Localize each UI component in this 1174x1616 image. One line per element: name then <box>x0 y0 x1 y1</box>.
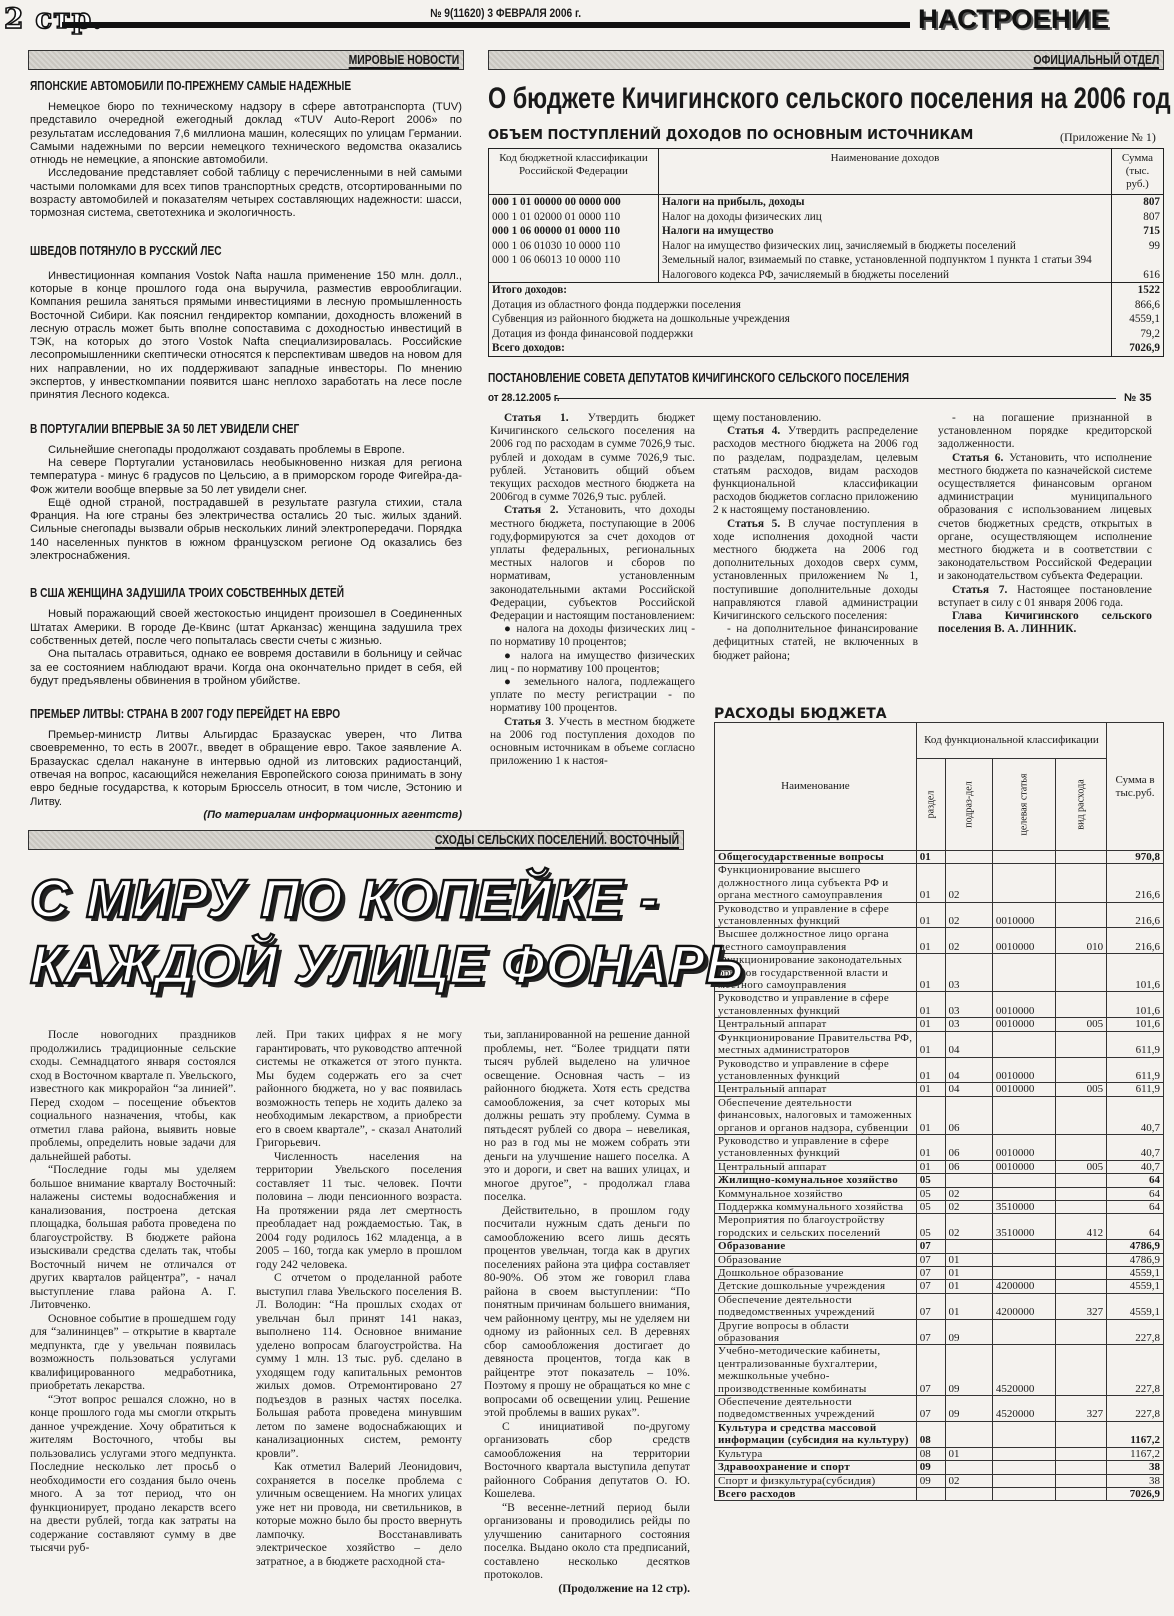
table-row: Дошкольное образование07014559,1 <box>715 1267 1164 1280</box>
name-cell: Функционирование высшего должностного ли… <box>715 864 917 902</box>
article-text: - на погашение признанной в установленно… <box>938 412 1152 452</box>
article-paragraph: Премьер-министр Литвы Альгирдас Бразауск… <box>30 729 462 809</box>
celevaya-cell <box>992 1447 1055 1460</box>
sum-cell: 38 <box>1107 1461 1164 1474</box>
name-cell: Жилищно-комунальное хозяйство <box>715 1174 917 1187</box>
razdel-cell: 05 <box>916 1187 945 1200</box>
celevaya-cell: 3510000 <box>992 1200 1055 1213</box>
razdel-cell: 01 <box>916 928 945 954</box>
article-headline: ШВЕДОВ ПОТЯНУЛО В РУССКИЙ ЛЕС <box>30 243 367 258</box>
article-headline: ПРЕМЬЕР ЛИТВЫ: СТРАНА В 2007 ГОДУ ПЕРЕЙД… <box>30 706 367 721</box>
table-row: Спорт и физкультура(субсидия)090238 <box>715 1474 1164 1487</box>
razdel-cell: 01 <box>916 954 945 992</box>
total-sum: 1522 <box>1112 283 1164 298</box>
celevaya-cell: 3510000 <box>992 1214 1055 1240</box>
table-row: Руководство и управление в сфере установ… <box>715 902 1164 928</box>
vid-cell <box>1055 1253 1106 1266</box>
vid-cell <box>1055 1447 1106 1460</box>
sum-cell: 64 <box>1107 1174 1164 1187</box>
sum-cell: 38 <box>1107 1474 1164 1487</box>
sum-cell: 807 <box>1112 210 1164 225</box>
section-band-official: ОФИЦИАЛЬНЫЙ ОТДЕЛ <box>488 50 1164 70</box>
name-cell: Руководство и управление в сфере установ… <box>715 1057 917 1083</box>
razdel-cell: 07 <box>916 1240 945 1253</box>
celevaya-cell: 4520000 <box>992 1396 1055 1422</box>
name-cell: Руководство и управление в сфере установ… <box>715 992 917 1018</box>
podrazdel-cell: 06 <box>945 1096 992 1134</box>
table-row: Всего расходов7026,9 <box>715 1487 1164 1500</box>
celevaya-cell: 4200000 <box>992 1293 1055 1319</box>
sum-cell: 4559,1 <box>1107 1293 1164 1319</box>
feature-paragraph: Численность населения на территории Увел… <box>256 1150 462 1272</box>
feature-paragraph: лей. При таких цифрах я не могу гарантир… <box>256 1028 462 1150</box>
celevaya-cell: 0010000 <box>992 1160 1055 1173</box>
name-cell: Функционирование Правительства РФ, местн… <box>715 1031 917 1057</box>
razdel-cell: 01 <box>916 851 945 864</box>
celevaya-cell: 0010000 <box>992 928 1055 954</box>
table-row: 000 1 06 06013 10 0000 110Земельный нало… <box>489 253 1164 283</box>
vid-cell: 005 <box>1055 1083 1106 1096</box>
celevaya-cell: 0010000 <box>992 1134 1055 1160</box>
article-text: В случае поступления в ходе исполнения д… <box>713 518 918 622</box>
article-label: Статья 7. <box>952 584 1007 596</box>
total-row: Субвенция из районного бюджета на дошкол… <box>489 312 1164 327</box>
page-number: 2 стр. <box>4 2 103 35</box>
celevaya-cell <box>992 1487 1055 1500</box>
razdel-cell: 01 <box>916 992 945 1018</box>
table-row: Руководство и управление в сфере установ… <box>715 1134 1164 1160</box>
code-cell: 000 1 06 01030 10 0000 110 <box>489 239 659 254</box>
column-header: Сумма в тыс.руб. <box>1107 723 1164 851</box>
news-source: (По материалам информационных агентств) <box>30 809 462 821</box>
code-cell: 000 1 01 02000 01 0000 110 <box>489 210 659 225</box>
vid-cell <box>1055 1057 1106 1083</box>
name-cell: Общегосударственные вопросы <box>715 851 917 864</box>
podrazdel-cell: 03 <box>945 992 992 1018</box>
feature-paragraph: Как отметил Валерий Леонидович, сохраняе… <box>256 1460 462 1568</box>
signature: Глава Кичигинского сельского поселения В… <box>938 610 1152 636</box>
feature-paragraph: “Последние годы мы уделяем большое внима… <box>30 1163 236 1312</box>
celevaya-cell: 0010000 <box>992 992 1055 1018</box>
name-cell: Образование <box>715 1253 917 1266</box>
name-cell: Коммунальное хозяйство <box>715 1187 917 1200</box>
vid-cell <box>1055 1240 1106 1253</box>
table-row: Высшее должностное лицо органа местного … <box>715 928 1164 954</box>
column-header: Код функциональной классификации <box>916 723 1106 759</box>
feature-column-2: лей. При таких цифрах я не могу гарантир… <box>256 1028 462 1568</box>
article-headline: ЯПОНСКИЕ АВТОМОБИЛИ ПО-ПРЕЖНЕМУ САМЫЕ НА… <box>30 78 367 93</box>
razdel-cell: 08 <box>916 1421 945 1447</box>
article-headline: В США ЖЕНЩИНА ЗАДУШИЛА ТРОИХ СОБСТВЕННЫХ… <box>30 585 367 600</box>
sum-cell: 611,9 <box>1107 1031 1164 1057</box>
razdel-cell: 05 <box>916 1174 945 1187</box>
article-text: Утвердить распределение расходов местног… <box>713 425 918 516</box>
celevaya-cell <box>992 1240 1055 1253</box>
appendix-label: (Приложение № 1) <box>1060 130 1156 145</box>
bullet-item: ● налога на доходы физических лиц - по н… <box>490 623 695 649</box>
column-header: Код бюджетной классификации Российской Ф… <box>489 149 659 195</box>
article-text: Установить, что исполнение местного бюдж… <box>938 452 1152 583</box>
section-band-feature: СХОДЫ СЕЛЬСКИХ ПОСЕЛЕНИЙ. ВОСТОЧНЫЙ <box>28 830 684 850</box>
resolution-date: от 28.12.2005 г. <box>488 392 560 404</box>
razdel-cell: 07 <box>916 1280 945 1293</box>
sum-cell: 611,9 <box>1107 1057 1164 1083</box>
table-row: Жилищно-комунальное хозяйство0564 <box>715 1174 1164 1187</box>
vid-cell <box>1055 1345 1106 1396</box>
name-cell: Культура <box>715 1447 917 1460</box>
sum-cell: 7026,9 <box>1107 1487 1164 1500</box>
article-label: Статья 1. <box>504 412 569 424</box>
vid-cell: 010 <box>1055 928 1106 954</box>
celevaya-cell <box>992 864 1055 902</box>
sum-cell: 216,6 <box>1107 902 1164 928</box>
name-cell: Здравоохранение и спорт <box>715 1461 917 1474</box>
article-label: Статья 5. <box>727 518 780 530</box>
name-cell: Мероприятия по благоустройству городских… <box>715 1214 917 1240</box>
name-cell: Налоги на имущество <box>659 224 1112 239</box>
feature-paragraph: С инициативой по-другому организовать сб… <box>484 1420 690 1501</box>
expenses-table: Наименование Код функциональной классифи… <box>714 722 1164 1501</box>
podrazdel-cell: 04 <box>945 1031 992 1057</box>
razdel-cell: 01 <box>916 1083 945 1096</box>
table-row: 000 1 01 02000 01 0000 110Налог на доход… <box>489 210 1164 225</box>
column-header: раздел <box>916 759 945 851</box>
razdel-cell: 07 <box>916 1319 945 1345</box>
sum-cell: 4786,9 <box>1107 1240 1164 1253</box>
column-header: целевая статья <box>992 759 1055 851</box>
total-label: Субвенция из районного бюджета на дошкол… <box>489 312 1112 327</box>
continued-note: (Продолжение на 12 стр). <box>484 1582 690 1596</box>
razdel-cell: 05 <box>916 1214 945 1240</box>
article-label: Статья 6. <box>952 452 1003 464</box>
resolution-column-1: Статья 1. Утвердить бюджет Кичигинского … <box>490 412 695 768</box>
razdel-cell: 01 <box>916 864 945 902</box>
celevaya-cell <box>992 1096 1055 1134</box>
vid-cell <box>1055 1280 1106 1293</box>
table-row: Поддержка коммунального хозяйства0502351… <box>715 1200 1164 1213</box>
newspaper-masthead: НАСТРОЕНИЕ <box>918 4 1109 35</box>
podrazdel-cell: 01 <box>945 1447 992 1460</box>
expenses-heading: РАСХОДЫ БЮДЖЕТА <box>714 706 887 722</box>
table-row: Функционирование высшего должностного ли… <box>715 864 1164 902</box>
article-paragraph: Ещё одной страной, пострадавшей в резуль… <box>30 497 462 563</box>
bullet-item: ● налога на имущество физических лиц - п… <box>490 650 695 676</box>
podrazdel-cell: 02 <box>945 1200 992 1213</box>
razdel-cell: 07 <box>916 1345 945 1396</box>
podrazdel-cell: 06 <box>945 1160 992 1173</box>
table-row: Функционирование Правительства РФ, местн… <box>715 1031 1164 1057</box>
celevaya-cell <box>992 1474 1055 1487</box>
celevaya-cell <box>992 1267 1055 1280</box>
article-text: Утвердить бюджет Кичигинского сельского … <box>490 412 695 503</box>
article-text: Установить, что доходы местного бюджета,… <box>490 504 695 622</box>
code-cell: 000 1 01 00000 00 0000 000 <box>489 195 659 210</box>
article-text: - на дополнительное финансирование дефиц… <box>713 623 918 663</box>
article-label: Статья 3 <box>504 716 551 728</box>
sum-cell: 807 <box>1112 195 1164 210</box>
name-cell: Налоги на прибыль, доходы <box>659 195 1112 210</box>
razdel-cell: 07 <box>916 1396 945 1422</box>
sum-cell: 227,8 <box>1107 1345 1164 1396</box>
article-headline: В ПОРТУГАЛИИ ВПЕРВЫЕ ЗА 50 ЛЕТ УВИДЕЛИ С… <box>30 421 367 436</box>
sum-cell: 101,6 <box>1107 992 1164 1018</box>
code-cell: 000 1 06 06013 10 0000 110 <box>489 253 659 283</box>
vid-cell <box>1055 1031 1106 1057</box>
table-row: Культура08011167,2 <box>715 1447 1164 1460</box>
table-row: 000 1 06 01030 10 0000 110Налог на имуще… <box>489 239 1164 254</box>
sum-cell: 216,6 <box>1107 928 1164 954</box>
section-label: ОФИЦИАЛЬНЫЙ ОТДЕЛ <box>1033 53 1159 69</box>
celevaya-cell: 0010000 <box>992 1057 1055 1083</box>
table-row: Образование07014786,9 <box>715 1253 1164 1266</box>
razdel-cell: 01 <box>916 1031 945 1057</box>
name-cell: Обеспечение деятельности подведомственны… <box>715 1396 917 1422</box>
podrazdel-cell: 02 <box>945 1214 992 1240</box>
total-label: Дотация из областного фонда поддержки по… <box>489 298 1112 313</box>
total-row: Итого доходов:1522 <box>489 283 1164 298</box>
table-row: Обеспечение деятельности финансовых, нал… <box>715 1096 1164 1134</box>
sum-cell: 99 <box>1112 239 1164 254</box>
table-row: Общегосударственные вопросы01970,8 <box>715 851 1164 864</box>
name-cell: Центральный аппарат <box>715 1160 917 1173</box>
feature-headline-line: С МИРУ ПО КОПЕЙКЕ - <box>30 866 745 932</box>
feature-column-1: После новогодних праздников продолжились… <box>30 1028 236 1555</box>
column-header: вид расхода <box>1055 759 1106 851</box>
vid-cell <box>1055 992 1106 1018</box>
celevaya-cell <box>992 1319 1055 1345</box>
table-row: Коммунальное хозяйство050264 <box>715 1187 1164 1200</box>
name-cell: Руководство и управление в сфере установ… <box>715 1134 917 1160</box>
table-row: Культура и средства массовой информации … <box>715 1421 1164 1447</box>
razdel-cell: 01 <box>916 1018 945 1031</box>
article-paragraph: Инвестиционная компания Vostok Nafta наш… <box>30 270 462 403</box>
column-header: Наименование <box>715 723 917 851</box>
table-row: Функционирование законодательных органов… <box>715 954 1164 992</box>
table-row: Руководство и управление в сфере установ… <box>715 992 1164 1018</box>
vid-cell <box>1055 851 1106 864</box>
name-cell: Спорт и физкультура(субсидия) <box>715 1474 917 1487</box>
feature-paragraph: Основное событие в прошедшем году для “з… <box>30 1312 236 1393</box>
name-cell: Другие вопросы в области образования <box>715 1319 917 1345</box>
vid-cell: 412 <box>1055 1214 1106 1240</box>
celevaya-cell <box>992 1187 1055 1200</box>
vid-cell: 005 <box>1055 1018 1106 1031</box>
celevaya-cell: 0010000 <box>992 902 1055 928</box>
feature-headline: С МИРУ ПО КОПЕЙКЕ - КАЖДОЙ УЛИЦЕ ФОНАРЬ <box>30 866 745 998</box>
podrazdel-cell: 02 <box>945 902 992 928</box>
total-sum: 7026,9 <box>1112 341 1164 356</box>
name-cell: Дошкольное образование <box>715 1267 917 1280</box>
feature-paragraph: “Этот вопрос решался сложно, но в конце … <box>30 1393 236 1555</box>
vid-cell <box>1055 1096 1106 1134</box>
world-news-column: ЯПОНСКИЕ АВТОМОБИЛИ ПО-ПРЕЖНЕМУ САМЫЕ НА… <box>30 78 462 821</box>
name-cell: Земельный налог, взимаемый по ставке, ус… <box>659 253 1112 283</box>
sum-cell: 227,8 <box>1107 1396 1164 1422</box>
podrazdel-cell: 03 <box>945 954 992 992</box>
column-header: подраз-дел <box>945 759 992 851</box>
name-cell: Образование <box>715 1240 917 1253</box>
sum-cell: 40,7 <box>1107 1134 1164 1160</box>
table-row: Учебно-методические кабинеты, централизо… <box>715 1345 1164 1396</box>
podrazdel-cell: 02 <box>945 864 992 902</box>
total-sum: 866,6 <box>1112 298 1164 313</box>
podrazdel-cell: 01 <box>945 1267 992 1280</box>
resolution-number: № 35 <box>1124 392 1152 404</box>
sum-cell: 4559,1 <box>1107 1267 1164 1280</box>
name-cell: Руководство и управление в сфере установ… <box>715 902 917 928</box>
total-row: Дотация из областного фонда поддержки по… <box>489 298 1164 313</box>
vid-cell: 005 <box>1055 1160 1106 1173</box>
table-row: Центральный аппарат01040010000005611,9 <box>715 1083 1164 1096</box>
podrazdel-cell <box>945 1487 992 1500</box>
sum-cell: 611,9 <box>1107 1083 1164 1096</box>
razdel-cell: 07 <box>916 1253 945 1266</box>
sum-cell: 101,6 <box>1107 954 1164 992</box>
total-row: Дотация из фонда финансовой поддержки79,… <box>489 327 1164 342</box>
article-paragraph: Сильнейшие снегопады продолжают создават… <box>30 444 462 457</box>
name-cell: Детские дошкольные учреждения <box>715 1280 917 1293</box>
feature-paragraph: После новогодних праздников продолжились… <box>30 1028 236 1163</box>
podrazdel-cell: 09 <box>945 1319 992 1345</box>
table-row: Мероприятия по благоустройству городских… <box>715 1214 1164 1240</box>
sum-cell: 64 <box>1107 1187 1164 1200</box>
sum-cell: 616 <box>1112 253 1164 283</box>
celevaya-cell: 0010000 <box>992 1083 1055 1096</box>
article-label: Статья 2. <box>504 504 558 516</box>
name-cell: Учебно-методические кабинеты, централизо… <box>715 1345 917 1396</box>
celevaya-cell <box>992 851 1055 864</box>
razdel-cell: 01 <box>916 1057 945 1083</box>
name-cell: Культура и средства массовой информации … <box>715 1421 917 1447</box>
article-text: щему постановлению. <box>713 412 918 425</box>
podrazdel-cell: 01 <box>945 1293 992 1319</box>
podrazdel-cell: 04 <box>945 1083 992 1096</box>
section-label: МИРОВЫЕ НОВОСТИ <box>348 53 459 69</box>
vid-cell <box>1055 1187 1106 1200</box>
celevaya-cell: 4200000 <box>992 1280 1055 1293</box>
razdel-cell: 07 <box>916 1267 945 1280</box>
article-paragraph: Новый поражающий своей жестокостью инцид… <box>30 608 462 648</box>
razdel-cell: 01 <box>916 902 945 928</box>
section-label: СХОДЫ СЕЛЬСКИХ ПОСЕЛЕНИЙ. ВОСТОЧНЫЙ <box>435 833 679 849</box>
podrazdel-cell: 01 <box>945 1280 992 1293</box>
podrazdel-cell: 04 <box>945 1057 992 1083</box>
razdel-cell: 05 <box>916 1200 945 1213</box>
income-table: Код бюджетной классификации Российской Ф… <box>488 148 1164 357</box>
podrazdel-cell: 02 <box>945 1474 992 1487</box>
name-cell: Обеспечение деятельности финансовых, нал… <box>715 1096 917 1134</box>
feature-column-3: тьи, запланированной на решение данной п… <box>484 1028 690 1595</box>
bullet-item: ● земельного налога, подлежащего уплате … <box>490 676 695 716</box>
sum-cell: 216,6 <box>1107 864 1164 902</box>
podrazdel-cell: 01 <box>945 1253 992 1266</box>
table-row: Руководство и управление в сфере установ… <box>715 1057 1164 1083</box>
feature-headline-line: КАЖДОЙ УЛИЦЕ ФОНАРЬ <box>30 932 745 998</box>
name-cell: Центральный аппарат <box>715 1018 917 1031</box>
total-row: Всего доходов:7026,9 <box>489 341 1164 356</box>
table-row: Центральный аппарат0106001000000540,7 <box>715 1160 1164 1173</box>
total-label: Всего доходов: <box>489 341 1112 356</box>
name-cell: Поддержка коммунального хозяйства <box>715 1200 917 1213</box>
vid-cell <box>1055 1421 1106 1447</box>
razdel-cell: 09 <box>916 1474 945 1487</box>
sum-cell: 4559,1 <box>1107 1280 1164 1293</box>
article-paragraph: Она пыталась отравиться, однако ее вовре… <box>30 648 462 688</box>
podrazdel-cell: 02 <box>945 1187 992 1200</box>
resolution-rule <box>556 398 1116 399</box>
sum-cell: 101,6 <box>1107 1018 1164 1031</box>
name-cell: Обеспечение деятельности подведомственны… <box>715 1293 917 1319</box>
name-cell: Налог на доходы физических лиц <box>659 210 1112 225</box>
celevaya-cell: 4520000 <box>992 1345 1055 1396</box>
resolution-column-2: щему постановлению. Статья 4. Утвердить … <box>713 412 918 663</box>
name-cell: Налог на имущество физических лиц, зачис… <box>659 239 1112 254</box>
podrazdel-cell: 09 <box>945 1396 992 1422</box>
total-sum: 79,2 <box>1112 327 1164 342</box>
podrazdel-cell <box>945 1461 992 1474</box>
vid-cell <box>1055 1319 1106 1345</box>
vid-cell <box>1055 1487 1106 1500</box>
name-cell: Всего расходов <box>715 1487 917 1500</box>
feature-paragraph: С отчетом о проделанной работе выступил … <box>256 1271 462 1460</box>
total-sum: 4559,1 <box>1112 312 1164 327</box>
sum-cell: 1167,2 <box>1107 1447 1164 1460</box>
celevaya-cell <box>992 1461 1055 1474</box>
sum-cell: 40,7 <box>1107 1160 1164 1173</box>
vid-cell <box>1055 1267 1106 1280</box>
celevaya-cell: 0010000 <box>992 1018 1055 1031</box>
table-row: 000 1 01 00000 00 0000 000Налоги на приб… <box>489 195 1164 210</box>
table-row: Образование074786,9 <box>715 1240 1164 1253</box>
razdel-cell: 08 <box>916 1447 945 1460</box>
celevaya-cell <box>992 1421 1055 1447</box>
vid-cell <box>1055 1461 1106 1474</box>
income-heading: ОБЪЕМ ПОСТУПЛЕНИЙ ДОХОДОВ ПО ОСНОВНЫМ ИС… <box>488 128 973 143</box>
resolution-column-3: - на погашение признанной в установленно… <box>938 412 1152 636</box>
column-header: Наименование доходов <box>659 149 1112 195</box>
vid-cell <box>1055 1134 1106 1160</box>
vid-cell: 327 <box>1055 1293 1106 1319</box>
podrazdel-cell <box>945 1240 992 1253</box>
celevaya-cell <box>992 1174 1055 1187</box>
celevaya-cell <box>992 1253 1055 1266</box>
feature-paragraph: тьи, запланированной на решение данной п… <box>484 1028 690 1204</box>
razdel-cell <box>916 1487 945 1500</box>
sum-cell: 970,8 <box>1107 851 1164 864</box>
vid-cell: 327 <box>1055 1396 1106 1422</box>
podrazdel-cell: 06 <box>945 1134 992 1160</box>
razdel-cell: 09 <box>916 1461 945 1474</box>
sum-cell: 4786,9 <box>1107 1253 1164 1266</box>
sum-cell: 64 <box>1107 1200 1164 1213</box>
feature-paragraph: “В весенне-летний период были организова… <box>484 1501 690 1582</box>
sum-cell: 1167,2 <box>1107 1421 1164 1447</box>
article-label: Статья 4. <box>727 425 780 437</box>
table-row: Обеспечение деятельности подведомственны… <box>715 1396 1164 1422</box>
column-header: Сумма (тыс. руб.) <box>1112 149 1164 195</box>
razdel-cell: 01 <box>916 1160 945 1173</box>
table-row: Центральный аппарат01030010000005101,6 <box>715 1018 1164 1031</box>
podrazdel-cell: 03 <box>945 1018 992 1031</box>
code-cell: 000 1 06 00000 01 0000 110 <box>489 224 659 239</box>
budget-title: О бюджете Кичигинского сельского поселен… <box>488 82 1171 116</box>
vid-cell <box>1055 902 1106 928</box>
table-row: Обеспечение деятельности подведомственны… <box>715 1293 1164 1319</box>
total-label: Дотация из фонда финансовой поддержки <box>489 327 1112 342</box>
resolution-title: ПОСТАНОВЛЕНИЕ СОВЕТА ДЕПУТАТОВ КИЧИГИНСК… <box>488 370 909 385</box>
article-paragraph: На севере Португалии установилась необык… <box>30 457 462 497</box>
vid-cell <box>1055 864 1106 902</box>
